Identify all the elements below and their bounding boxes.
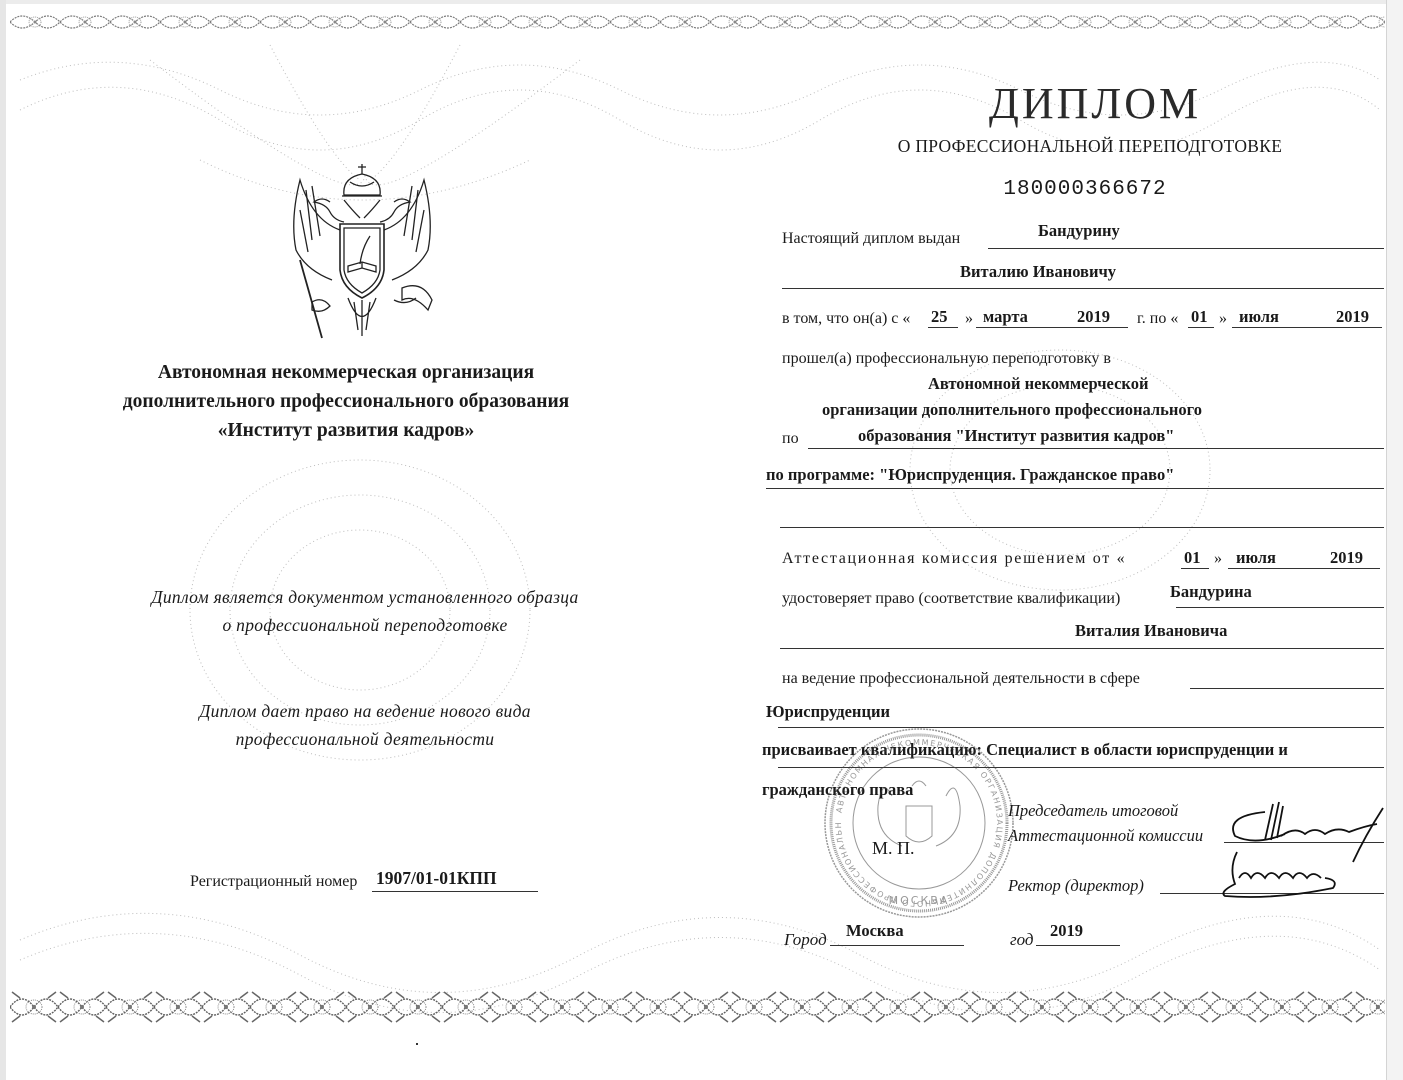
underline	[1188, 327, 1214, 328]
start-month: марта	[983, 307, 1028, 327]
registration-underline	[372, 891, 538, 892]
page-left-edge	[0, 0, 6, 1080]
institution-line: организации дополнительного профессионал…	[822, 400, 1202, 420]
underline	[1036, 945, 1120, 946]
speck	[416, 1043, 418, 1045]
commission-label: Аттестационная комиссия решением от «	[782, 550, 1126, 568]
recipient-surname: Бандурину	[1038, 221, 1120, 241]
serial-number: 180000366672	[960, 178, 1210, 201]
city-label: Город	[784, 930, 827, 950]
organization-name: Автономная некоммерческая организация до…	[90, 358, 602, 445]
underline	[976, 327, 1128, 328]
end-year: 2019	[1336, 307, 1369, 327]
diploma-rights-note: Диплом дает право на ведение нового вида…	[90, 697, 640, 753]
quote-close: »	[965, 310, 973, 328]
registration-number-value: 1907/01-01КПП	[376, 868, 497, 889]
underline	[830, 945, 964, 946]
note-line: Диплом является документом установленног…	[90, 583, 640, 611]
sphere-value: Юриспруденции	[766, 702, 890, 722]
official-seal-stamp: АВТОНОМНАЯ НЕКОММЕРЧЕСКАЯ ОРГАНИЗАЦИЯ ДО…	[822, 726, 1016, 920]
institution-line: Автономной некоммерческой	[928, 374, 1148, 394]
guilloche-background	[0, 0, 1403, 1080]
underline	[928, 327, 958, 328]
diploma-subtitle: О ПРОФЕССИОНАЛЬНОЙ ПЕРЕПОДГОТОВКЕ	[860, 136, 1320, 157]
end-month: июля	[1239, 307, 1279, 327]
completed-label: прошел(а) профессиональную переподготовк…	[782, 350, 1111, 368]
start-year: 2019	[1077, 307, 1110, 327]
blank-underline	[780, 527, 1384, 528]
commission-year: 2019	[1330, 548, 1363, 568]
rector-label: Ректор (директор)	[1008, 876, 1144, 896]
rector-signature	[1215, 848, 1340, 900]
quote-close: »	[1219, 310, 1227, 328]
sphere-label: на ведение профессиональной деятельности…	[782, 670, 1140, 688]
institution-line: образования "Институт развития кадров"	[858, 426, 1174, 446]
underline	[766, 488, 1384, 489]
svg-text:МОСКВА: МОСКВА	[889, 894, 950, 907]
double-headed-eagle-emblem	[282, 160, 442, 345]
page-right-edge	[1386, 0, 1403, 1080]
commission-day: 01	[1184, 548, 1201, 568]
underline	[1228, 568, 1380, 569]
po-label: по	[782, 430, 799, 448]
organization-line: «Институт развития кадров»	[90, 416, 602, 445]
certified-surname: Бандурина	[1170, 582, 1252, 602]
program-name: по программе: "Юриспруденция. Гражданско…	[766, 465, 1174, 485]
ornamental-border-bottom	[10, 988, 1385, 1026]
recipient-name: Виталию Ивановичу	[960, 262, 1116, 282]
svg-text:АВТОНОМНАЯ НЕКОММЕРЧЕСКАЯ ОРГА: АВТОНОМНАЯ НЕКОММЕРЧЕСКАЯ ОРГАНИЗАЦИЯ ДО…	[822, 726, 1004, 908]
stamp-place-label: М. П.	[872, 838, 915, 859]
certifies-label: удостоверяет право (соответствие квалифи…	[782, 590, 1120, 608]
end-day: 01	[1191, 307, 1208, 327]
diploma-title: ДИПЛОМ	[900, 78, 1290, 129]
period-prefix: в том, что он(а) с «	[782, 310, 910, 328]
organization-line: Автономная некоммерческая организация	[90, 358, 602, 387]
underline	[780, 648, 1384, 649]
note-line: профессиональной деятельности	[90, 725, 640, 753]
underline	[1181, 568, 1209, 569]
quote-close: »	[1214, 550, 1222, 568]
note-line: Диплом дает право на ведение нового вида	[90, 697, 640, 725]
certified-name: Виталия Ивановича	[1075, 621, 1227, 641]
registration-number-label: Регистрационный номер	[190, 873, 357, 891]
underline	[782, 288, 1384, 289]
underline	[988, 248, 1384, 249]
period-mid: г. по «	[1137, 310, 1178, 328]
underline	[1176, 607, 1384, 608]
underline	[1232, 327, 1382, 328]
note-line: о профессиональной переподготовке	[90, 611, 640, 639]
year-value: 2019	[1050, 921, 1083, 941]
year-label: год	[1010, 930, 1034, 950]
start-day: 25	[931, 307, 948, 327]
underline	[808, 448, 1384, 449]
chairman-label-2: Аттестационной комиссии	[1008, 826, 1203, 846]
commission-month: июля	[1236, 548, 1276, 568]
ornamental-border-top	[10, 8, 1385, 36]
organization-line: дополнительного профессионального образо…	[90, 387, 602, 416]
chairman-label-1: Председатель итоговой	[1008, 801, 1178, 821]
city-value: Москва	[846, 921, 904, 941]
diploma-status-note: Диплом является документом установленног…	[90, 583, 640, 639]
page-top-edge	[0, 0, 1386, 4]
underline	[1190, 688, 1384, 689]
issued-to-label: Настоящий диплом выдан	[782, 230, 960, 248]
